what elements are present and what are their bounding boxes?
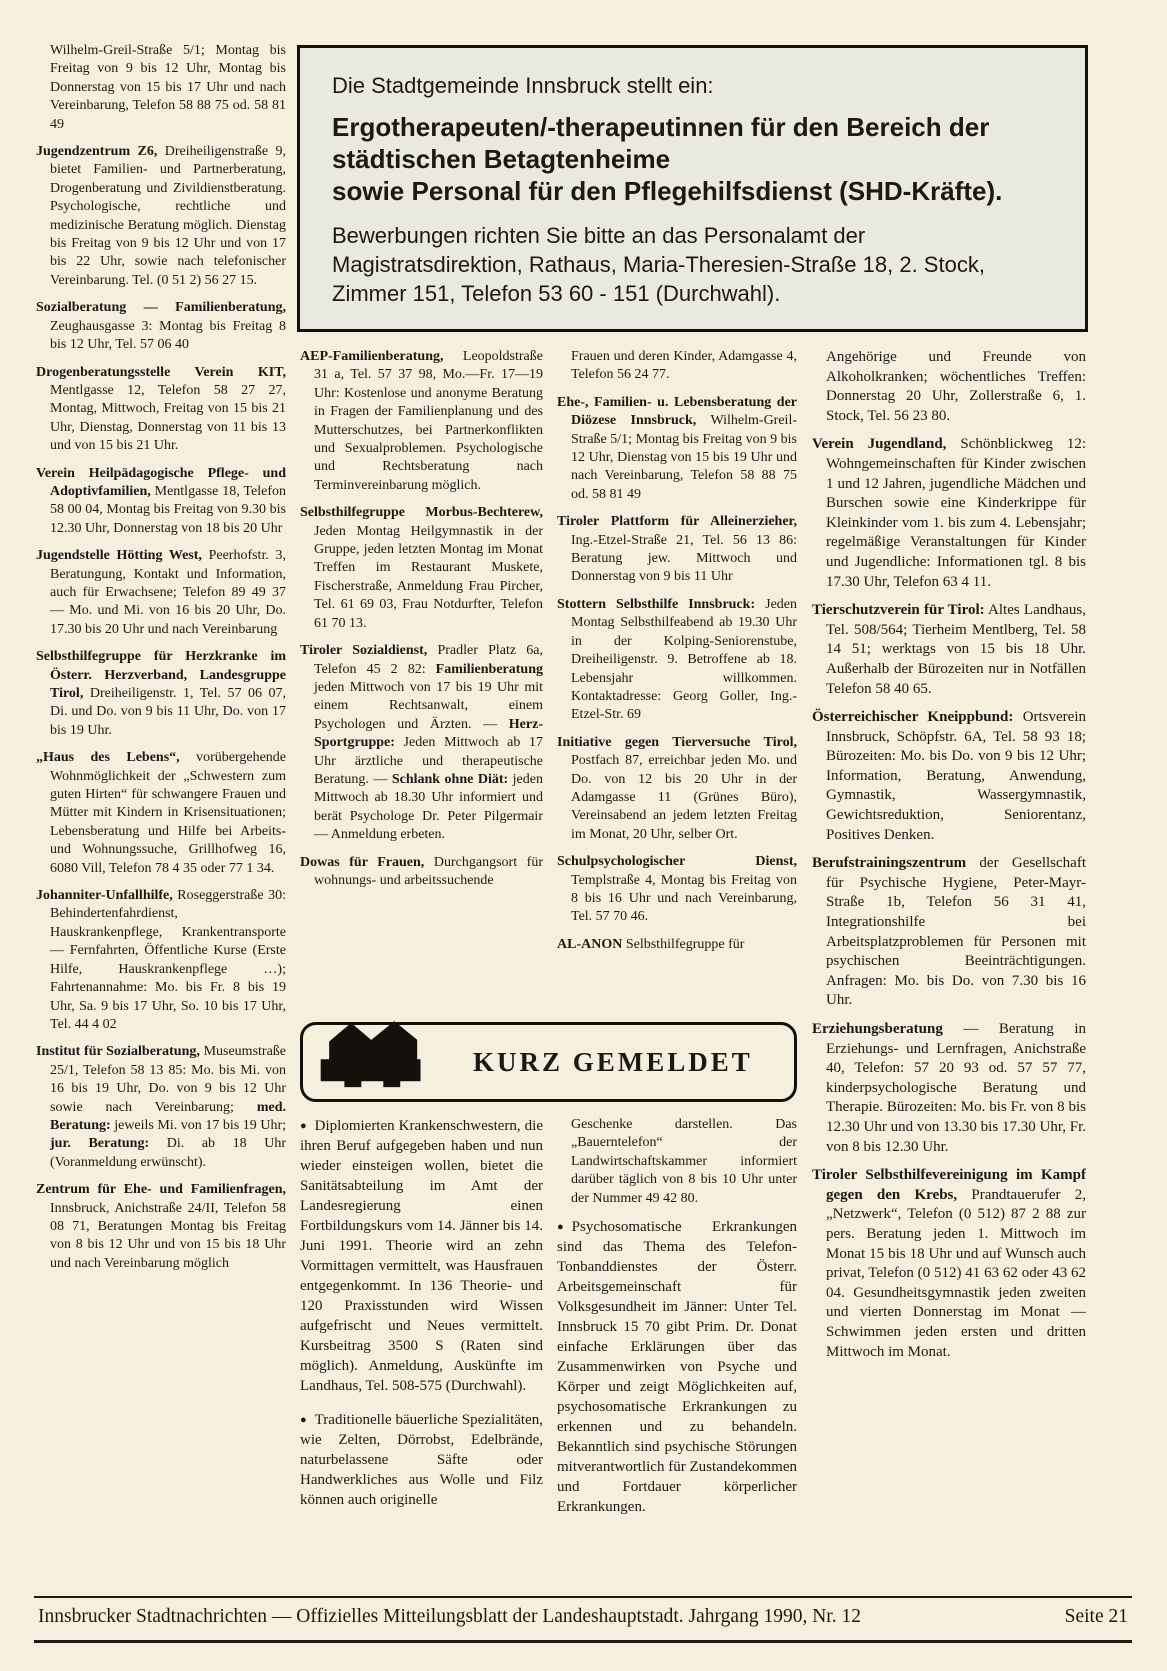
directory-entry: Verein Heilpädagogische Pflege- und Adop… (36, 465, 286, 539)
ad-body-text: Bewerbungen richten Sie bitte an das Per… (332, 221, 1055, 308)
directory-column-3: Frauen und deren Kinder, Adamgasse 4, Te… (557, 348, 797, 1016)
ad-headline-line-2: sowie Personal für den Pflegehilfsdienst… (332, 175, 1055, 207)
directory-column-4: Angehörige und Freunde von Alkoholkranke… (812, 348, 1086, 1583)
page-footer: Innsbrucker Stadtnachrichten — Offiziell… (34, 1596, 1132, 1643)
briefs-column-right: Geschenke darstellen. Das „Bauerntelefon… (557, 1116, 797, 1581)
city-buildings-logo (319, 1011, 429, 1099)
directory-entry: Angehörige und Freunde von Alkoholkranke… (812, 348, 1086, 426)
directory-entry: Ehe-, Familien- u. Lebensberatung der Di… (557, 394, 797, 504)
bullet-icon: ● (300, 1116, 307, 1136)
directory-entry: Zentrum für Ehe- und Familienfragen, Inn… (36, 1181, 286, 1273)
directory-entry: Wilhelm-Greil-Straße 5/1; Montag bis Fre… (36, 42, 286, 134)
ad-headline: Ergotherapeuten/-therapeutinnen für den … (332, 111, 1055, 207)
bullet-icon: ● (557, 1217, 564, 1237)
directory-entry: Selbsthilfegruppe Morbus-Bechterew, Jede… (300, 504, 543, 633)
directory-entry: AEP-Familienberatung, Leopoldstraße 31 a… (300, 348, 543, 495)
directory-entry: Tierschutzverein für Tirol: Altes Landha… (812, 601, 1086, 699)
kurz-gemeldet-title: KURZ GEMELDET (473, 1047, 794, 1078)
job-ad-box: Die Stadtgemeinde Innsbruck stellt ein: … (297, 45, 1088, 332)
ad-intro-line: Die Stadtgemeinde Innsbruck stellt ein: (332, 72, 1055, 99)
directory-column-1: Wilhelm-Greil-Straße 5/1; Montag bis Fre… (36, 42, 286, 1502)
directory-entry: Schulpsychologischer Dienst, Templstraße… (557, 853, 797, 927)
directory-entry: Institut für Sozialberatung, Museumstraß… (36, 1043, 286, 1172)
directory-column-2: AEP-Familienberatung, Leopoldstraße 31 a… (300, 348, 543, 1016)
footer-publication-line: Innsbrucker Stadtnachrichten — Offiziell… (38, 1606, 861, 1628)
directory-entry: Erziehungsberatung — Beratung in Erziehu… (812, 1020, 1086, 1157)
ad-headline-line-1: Ergotherapeuten/-therapeutinnen für den … (332, 111, 1055, 175)
directory-entry: Tiroler Selbsthilfevereinigung im Kampf … (812, 1166, 1086, 1362)
directory-entry: „Haus des Lebens“, vorübergehende Wohnmö… (36, 749, 286, 878)
directory-entry: Selbsthilfegruppe für Herzkranke im Öste… (36, 648, 286, 740)
briefs-column-left: ●Diplomierten Krankenschwestern, die ihr… (300, 1116, 543, 1581)
directory-entry: Stottern Selbsthilfe Innsbruck: Jeden Mo… (557, 596, 797, 725)
directory-entry: Tiroler Plattform für Alleinerzieher, In… (557, 513, 797, 587)
directory-entry: Johanniter-Unfallhilfe, Roseggerstraße 3… (36, 887, 286, 1034)
directory-entry: Verein Jugendland, Schönblickweg 12: Woh… (812, 435, 1086, 592)
newspaper-page: Wilhelm-Greil-Straße 5/1; Montag bis Fre… (0, 0, 1167, 1671)
directory-entry: Jugendstelle Hötting West, Peerhofstr. 3… (36, 547, 286, 639)
directory-entry: Österreichischer Kneippbund: Ortsverein … (812, 708, 1086, 845)
news-brief: ●Traditionelle bäuerliche Spezialitäten,… (300, 1410, 543, 1510)
directory-entry: AL-ANON Selbsthilfegruppe für (557, 936, 797, 954)
directory-entry: Frauen und deren Kinder, Adamgasse 4, Te… (557, 348, 797, 385)
directory-entry: Tiroler Sozialdienst, Pradler Platz 6a, … (300, 642, 543, 844)
directory-entry: Berufstrainingszentrum der Gesellschaft … (812, 854, 1086, 1011)
news-brief: ●Psychosomatische Erkrankungen sind das … (557, 1217, 797, 1517)
news-brief: ●Diplomierten Krankenschwestern, die ihr… (300, 1116, 543, 1396)
directory-entry: Sozialberatung — Familienberatung, Zeugh… (36, 299, 286, 354)
directory-entry: Drogenberatungsstelle Verein KIT, Mentlg… (36, 364, 286, 456)
directory-entry: Initiative gegen Tierversuche Tirol, Pos… (557, 734, 797, 844)
kurz-gemeldet-box: KURZ GEMELDET (300, 1022, 797, 1102)
footer-page-number: Seite 21 (1065, 1606, 1128, 1628)
directory-entry: Dowas für Frauen, Durchgangsort für wohn… (300, 854, 543, 891)
directory-entry: Geschenke darstellen. Das „Bauerntelefon… (557, 1116, 797, 1208)
directory-entry: Jugendzentrum Z6, Dreiheiligenstraße 9, … (36, 143, 286, 290)
bullet-icon: ● (300, 1410, 307, 1430)
